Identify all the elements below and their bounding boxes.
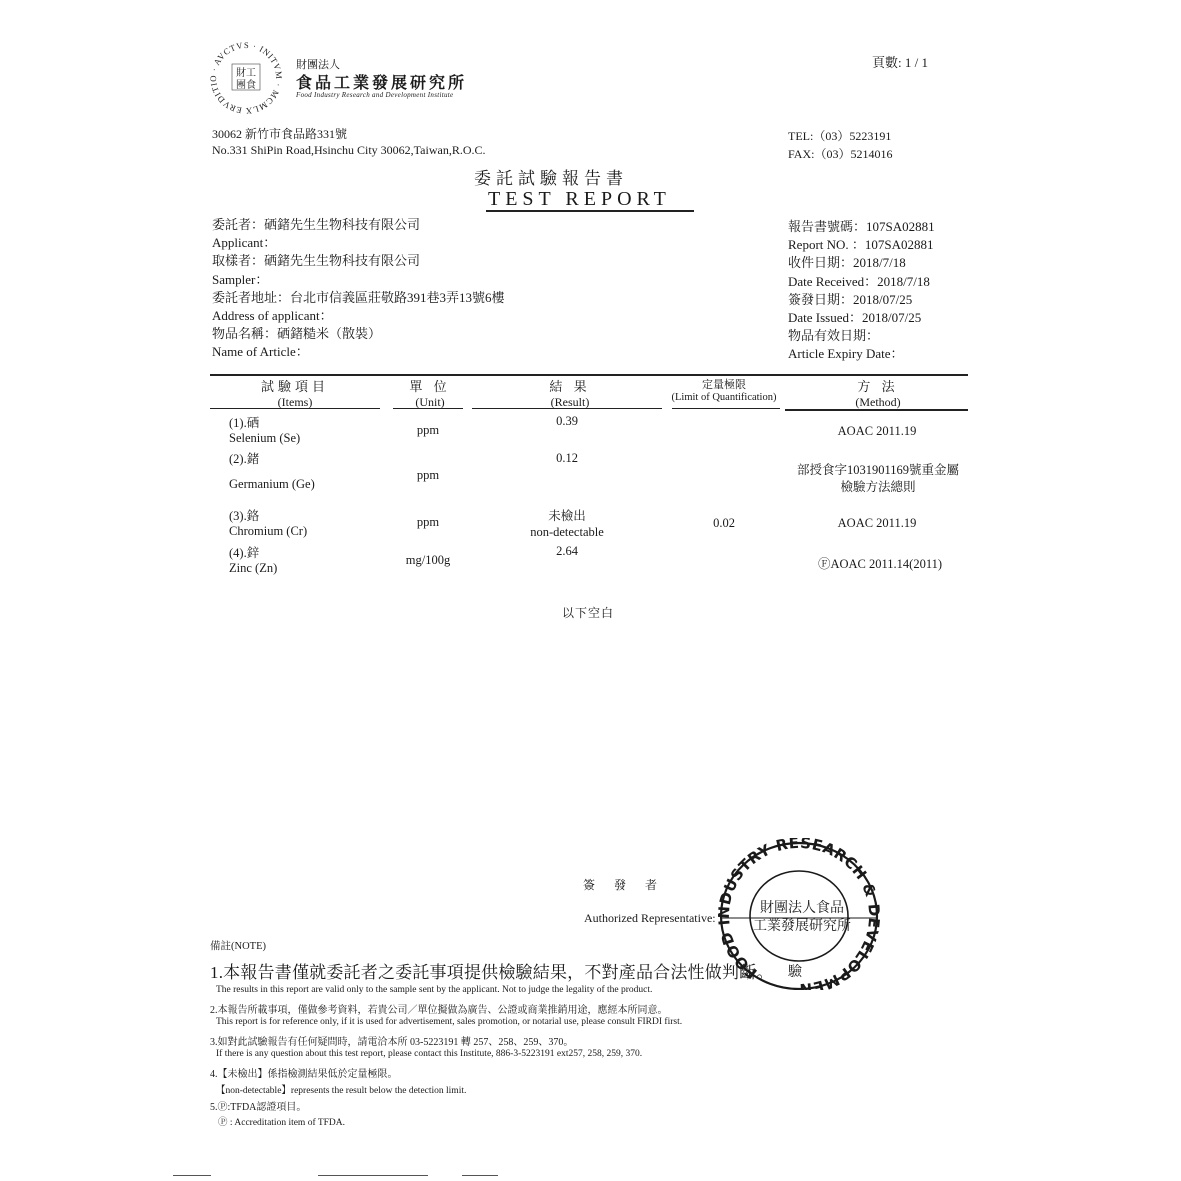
row4-method: ⒻAOAC 2011.14(2011) (800, 554, 960, 572)
report-number-en: Report NO. ：107SA02881 (788, 234, 935, 252)
col-header-en: (Method) (818, 395, 938, 410)
row4-result: 2.64 (517, 544, 617, 559)
address-en: No.331 ShiPin Road,Hsinchu City 30062,Ta… (212, 143, 486, 158)
row1-unit: ppm (388, 423, 468, 438)
col-header-zh: 單 位 (390, 376, 470, 395)
row3-item-zh: (3).鉻 (229, 506, 259, 524)
note-5-en: Ⓟ : Accreditation item of TFDA. (218, 1114, 345, 1128)
col-header-loq: 定量極限 (Limit of Quantification) (664, 376, 784, 403)
note-1-zh: 1.本報告書僅就委託者之委託事項提供檢驗結果，不對產品合法性做判斷。 (210, 958, 774, 983)
col-header-en: (Limit of Quantification) (664, 392, 784, 403)
report-title-en: TEST REPORT (488, 188, 671, 211)
report-info: 報告書號碼：107SA02881 Report NO. ：107SA02881 … (788, 216, 935, 362)
note-3-en: If there is any question about this test… (216, 1049, 642, 1059)
row1-item-zh: (1).硒 (229, 413, 259, 431)
header-rule-items (210, 408, 380, 409)
row4-unit: mg/100g (388, 553, 468, 568)
svg-text:工業發展研究所: 工業發展研究所 (753, 917, 851, 934)
note-1-en: The results in this report are valid onl… (216, 985, 652, 995)
row3-item-en: Chromium (Cr) (229, 524, 307, 539)
row3-result-en: non-detectable (510, 525, 624, 540)
fax: FAX:（03）5214016 (788, 145, 892, 162)
row2-method: 部授食字1031901169號重金屬 (780, 460, 976, 478)
applicant-info: 委託者：硒鍺先生生物科技有限公司 Applicant： 取樣者：硒鍺先生生物科技… (212, 214, 505, 360)
svg-text:財團法人食品: 財團法人食品 (760, 899, 844, 916)
row2-unit: ppm (388, 468, 468, 483)
date-issued-zh: 簽發日期：2018/07/25 (788, 289, 935, 307)
authorized-representative-label: Authorized Representative: (584, 911, 716, 926)
row3-loq: 0.02 (684, 516, 764, 531)
col-header-items: 試驗項目 (Items) (230, 376, 360, 410)
svg-text:驗: 驗 (787, 964, 803, 980)
row3-unit: ppm (388, 515, 468, 530)
row1-result: 0.39 (517, 414, 617, 429)
applicant-address-zh: 委託者地址：台北市信義區莊敬路391巷3弄13號6樓 (212, 287, 505, 305)
institute-seal-logo: ERVDITIO · AVCTVS · INITVM · MCMLXV 財工 團… (205, 42, 287, 116)
row2-method-line2: 檢驗方法總則 (780, 477, 976, 495)
row1-method: AOAC 2011.19 (814, 424, 940, 439)
svg-text:團食: 團食 (236, 78, 256, 91)
header-rule-loq (672, 408, 780, 409)
col-header-zh: 方 法 (818, 376, 938, 395)
col-header-result: 結 果 (Result) (520, 376, 620, 410)
report-number-zh: 報告書號碼：107SA02881 (788, 216, 935, 234)
report-title-zh: 委託試驗報告書 (474, 164, 628, 189)
note-4-zh: 4.【未檢出】係指檢測結果低於定量極限。 (210, 1065, 398, 1080)
row2-result: 0.12 (517, 451, 617, 466)
signer-label-zh: 簽 發 者 (583, 876, 665, 893)
footer-rule (173, 1175, 211, 1176)
article-name-en: Name of Article： (212, 341, 505, 359)
row4-item-en: Zinc (Zn) (229, 561, 277, 576)
expiry-date-en: Article Expiry Date： (788, 343, 935, 361)
note-2-en: This report is for reference only, if it… (216, 1017, 682, 1027)
row2-item-en: Germanium (Ge) (229, 477, 315, 492)
note-5-zh: 5.Ⓟ:TFDA認證項目。 (210, 1098, 306, 1113)
address-zh: 30062 新竹市食品路331號 (212, 125, 347, 142)
end-of-table-marker: 以下空白 (562, 604, 614, 621)
header-rule-method (785, 409, 968, 411)
footer-rule (462, 1175, 498, 1176)
svg-text:財工: 財工 (236, 66, 256, 79)
telephone: TEL:（03）5223191 (788, 127, 891, 144)
svg-text:ERVDITIO · AVCTVS · INITVM · M: ERVDITIO · AVCTVS · INITVM · MCMLXV (205, 42, 284, 116)
note-3-zh: 3.如對此試驗報告有任何疑問時，請電洽本所 03-5223191 轉 257、2… (210, 1033, 573, 1048)
row3-result: 未檢出 (517, 506, 617, 524)
notes-title: 備註(NOTE) (210, 938, 266, 953)
row4-item-zh: (4).鋅 (229, 543, 259, 561)
date-issued-en: Date Issued：2018/07/25 (788, 307, 935, 325)
header-rule-unit (393, 408, 463, 409)
row1-item-en: Selenium (Se) (229, 431, 300, 446)
sampler-zh: 取樣者：硒鍺先生生物科技有限公司 (212, 250, 505, 268)
expiry-date-zh: 物品有效日期： (788, 325, 935, 343)
applicant-address-en: Address of applicant： (212, 305, 505, 323)
applicant-en: Applicant： (212, 232, 505, 250)
col-header-zh: 定量極限 (664, 376, 784, 392)
date-received-en: Date Received：2018/7/18 (788, 271, 935, 289)
date-received-zh: 收件日期：2018/7/18 (788, 252, 935, 270)
article-name-zh: 物品名稱：硒鍺糙米（散裝） (212, 323, 505, 341)
col-header-zh: 試驗項目 (230, 376, 360, 395)
col-header-zh: 結 果 (520, 376, 620, 395)
row3-method: AOAC 2011.19 (814, 516, 940, 531)
footer-rule (318, 1175, 428, 1176)
page-number: 頁數: 1 / 1 (872, 52, 928, 71)
header-rule-result (472, 408, 662, 409)
institute-name-en: Food Industry Research and Development I… (296, 91, 453, 99)
note-4-en: 【non-detectable】represents the result be… (216, 1082, 466, 1096)
note-2-zh: 2.本報告所載事項，僅做參考資料，若貴公司／單位擬做為廣告、公證或商業推銷用途，… (210, 1001, 668, 1016)
applicant-zh: 委託者：硒鍺先生生物科技有限公司 (212, 214, 505, 232)
title-underline (486, 210, 694, 212)
col-header-method: 方 法 (Method) (818, 376, 938, 410)
col-header-unit: 單 位 (Unit) (390, 376, 470, 410)
sampler-en: Sampler： (212, 269, 505, 287)
row2-item-zh: (2).鍺 (229, 449, 259, 467)
institute-name-zh: 食品工業發展研究所 (296, 70, 467, 93)
